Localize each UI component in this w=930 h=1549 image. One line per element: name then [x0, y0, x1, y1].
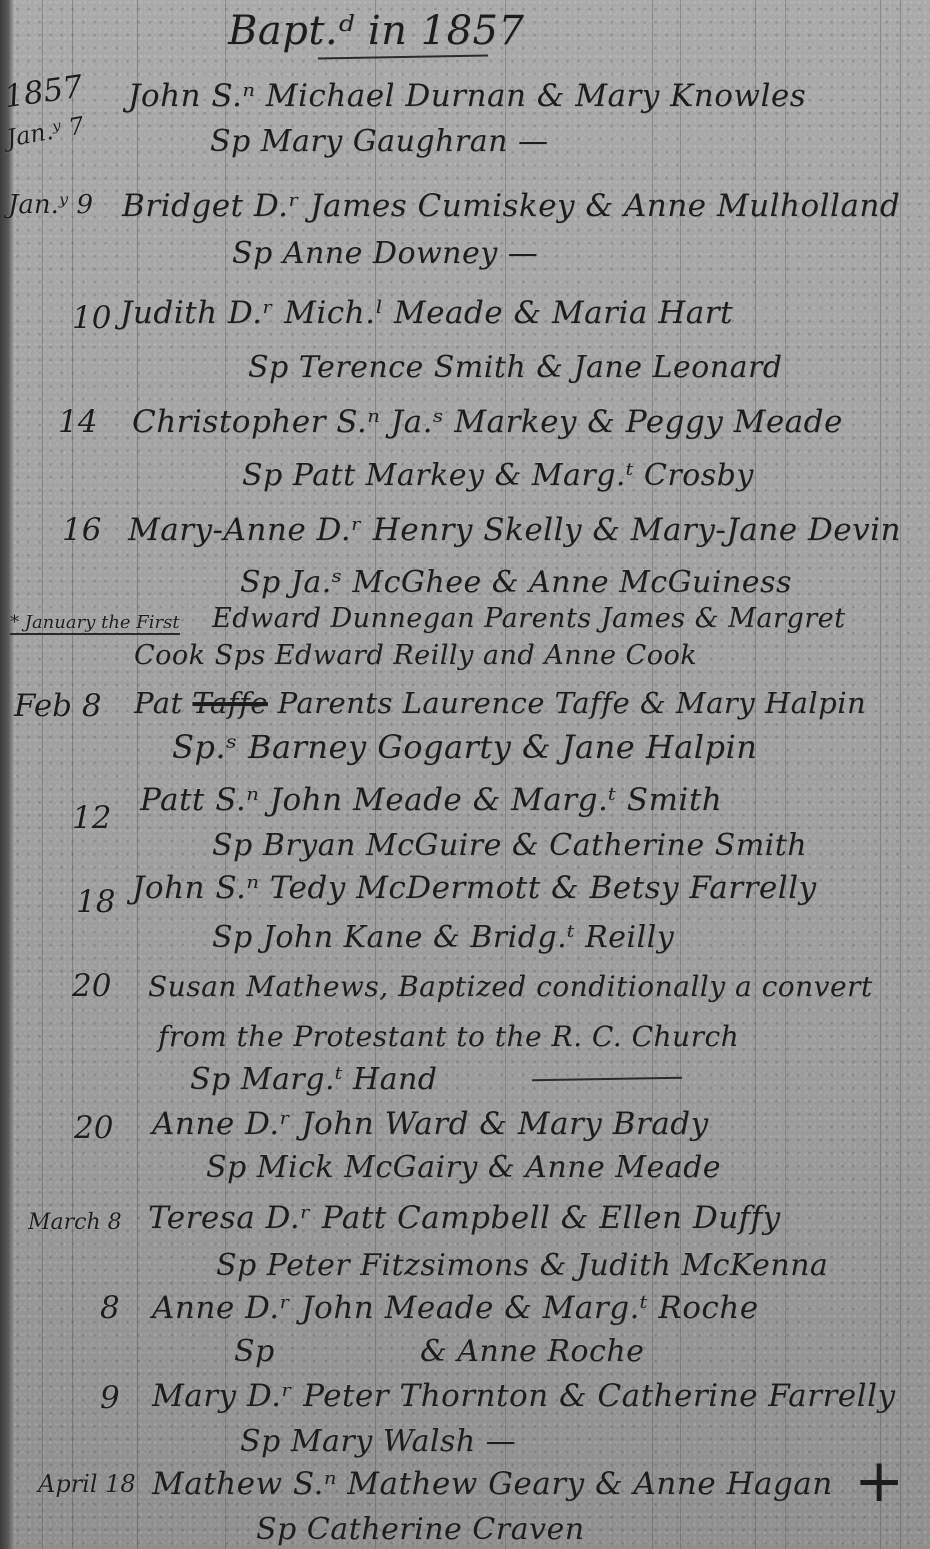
entry-sponsors: Sp Ja.ˢ McGhee & Anne McGuiness — [240, 565, 792, 600]
entry-sponsors: Sp Anne Downey — — [232, 236, 538, 271]
entry-parents: Parents Laurence Taffe & Mary Halpin — [278, 686, 867, 720]
entry-child-parents: Mary-Anne D.ʳ Henry Skelly & Mary-Jane D… — [128, 512, 901, 548]
cross-mark: + — [854, 1446, 904, 1516]
entry-sponsors: Sp Patt Markey & Marg.ᵗ Crosby — [242, 458, 754, 493]
entry-child-parents: Pat Taffe Parents Laurence Taffe & Mary … — [134, 686, 866, 720]
entry-date: Jan.ʸ 9 — [8, 190, 93, 220]
entry-date: 16 — [62, 512, 101, 548]
ruled-line — [880, 0, 881, 1549]
entry-date: 20 — [74, 1110, 113, 1146]
entry-sponsors: Sp Mary Gaughran — — [210, 124, 549, 159]
entry-sponsors-label: Sp — [234, 1334, 275, 1369]
entry-sponsors: Sp Catherine Craven — [256, 1512, 585, 1547]
entry-child-name: Pat — [134, 686, 183, 720]
ruled-line — [785, 0, 786, 1549]
entry-date: 9 — [100, 1380, 120, 1416]
entry-date-annotation: * January the First — [10, 612, 180, 635]
entry-date: Jan.ʸ 7 — [4, 111, 86, 152]
entry-date: 10 — [72, 300, 111, 336]
entry-date: Feb 8 — [14, 688, 102, 724]
title-underline — [318, 55, 488, 60]
entry-child-parents: Teresa D.ʳ Patt Campbell & Ellen Duffy — [148, 1200, 781, 1236]
page-binding-edge — [0, 0, 14, 1549]
entry-child-parents: Mary D.ʳ Peter Thornton & Catherine Farr… — [152, 1378, 895, 1414]
entry-child-parents: Anne D.ʳ John Meade & Marg.ᵗ Roche — [152, 1290, 759, 1326]
entry-sponsors: Cook Sps Edward Reilly and Anne Cook — [134, 640, 697, 671]
ruled-line — [72, 0, 73, 1549]
entry-date: 12 — [72, 800, 111, 836]
entry-sponsors: Sp Peter Fitzsimons & Judith McKenna — [216, 1248, 828, 1283]
entry-child-parents: Bridget D.ʳ James Cumiskey & Anne Mulhol… — [122, 188, 900, 224]
entry-sponsors: Sp Mick McGairy & Anne Meade — [206, 1150, 721, 1185]
ruled-line — [42, 0, 43, 1549]
entry-child-parents: John S.ⁿ Tedy McDermott & Betsy Farrelly — [132, 870, 817, 906]
entry-sponsors: Sp Mary Walsh — — [240, 1424, 516, 1459]
entry-child-parents: Edward Dunnegan Parents James & Margret — [212, 603, 845, 634]
ruled-line — [900, 0, 901, 1549]
entry-sponsors: Sp Bryan McGuire & Catherine Smith — [212, 828, 807, 863]
entry-sponsors: Sp.ˢ Barney Gogarty & Jane Halpin — [172, 728, 757, 766]
entry-date: 14 — [58, 404, 97, 440]
entry-child-parents: Anne D.ʳ John Ward & Mary Brady — [152, 1106, 709, 1142]
page-title: Bapt.ᵈ in 1857 — [228, 8, 524, 54]
entry-sponsors: Sp John Kane & Bridg.ᵗ Reilly — [212, 920, 674, 955]
entry-child-parents: John S.ⁿ Michael Durnan & Mary Knowles — [128, 78, 806, 114]
entry-date: 18 — [76, 884, 115, 920]
entry-end-stroke — [532, 1077, 682, 1082]
entry-child-parents: Susan Mathews, Baptized conditionally a … — [148, 970, 873, 1003]
entry-child-parents: Patt S.ⁿ John Meade & Marg.ᵗ Smith — [140, 782, 722, 818]
entry-child-parents: Christopher S.ⁿ Ja.ˢ Markey & Peggy Mead… — [132, 404, 843, 440]
entry-date: March 8 — [28, 1210, 122, 1235]
entry-date: 8 — [100, 1290, 120, 1326]
entry-child-parents: Mathew S.ⁿ Mathew Geary & Anne Hagan — [152, 1466, 833, 1502]
ruled-line — [137, 0, 138, 1549]
entry-sponsors: Sp Marg.ᵗ Hand — [190, 1062, 437, 1097]
entry-sponsors: & Anne Roche — [420, 1334, 644, 1369]
entry-child-parents: Judith D.ʳ Mich.ˡ Meade & Maria Hart — [120, 295, 733, 331]
entry-date: 20 — [72, 968, 111, 1004]
register-page: Bapt.ᵈ in 1857 1857 Jan.ʸ 7 John S.ⁿ Mic… — [0, 0, 930, 1549]
entry-sponsors: Sp Terence Smith & Jane Leonard — [248, 350, 783, 385]
entry-date: April 18 — [38, 1470, 136, 1498]
struck-text: Taffe — [192, 686, 268, 720]
entry-note: from the Protestant to the R. C. Church — [158, 1020, 739, 1053]
